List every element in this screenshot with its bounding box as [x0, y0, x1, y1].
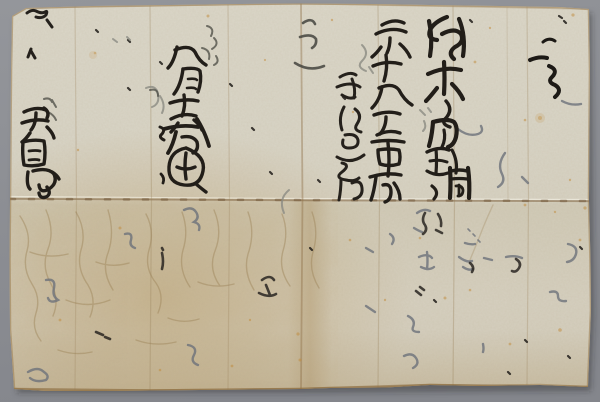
paper-sheet	[0, 0, 600, 402]
photograph-of-manuscript	[0, 0, 600, 402]
manuscript-photo-canvas	[0, 0, 600, 402]
